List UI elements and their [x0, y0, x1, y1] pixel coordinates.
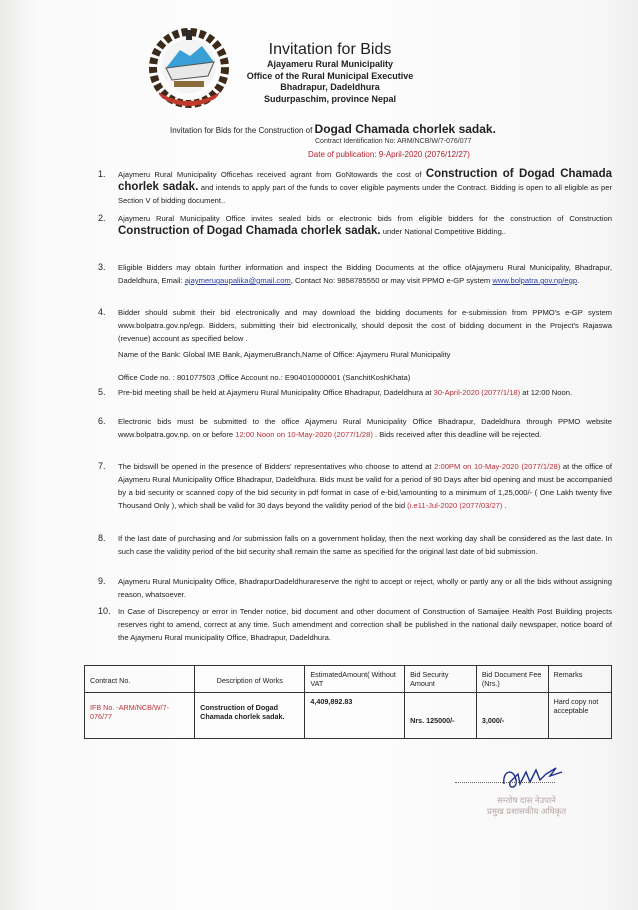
subheader-project: Dogad Chamada chorlek sadak.	[315, 122, 496, 136]
list-item: 5. Pre-bid meeting shall be held at Ajay…	[118, 386, 612, 399]
publication-date: Date of publication: 9-April-2020 (2076/…	[308, 150, 470, 159]
signature-line	[455, 782, 555, 783]
nepal-emblem-icon	[148, 26, 230, 112]
subheader-prefix: Invitation for Bids for the Construction…	[170, 126, 312, 135]
invitation-subheader: Invitation for Bids for the Construction…	[170, 122, 570, 136]
contract-id: Contract Identification No: ARM/NCB/W/7-…	[315, 138, 471, 145]
list-item: 7. The bidswill be opened in the presenc…	[118, 460, 612, 512]
list-item: 8. If the last date of purchasing and /o…	[118, 532, 612, 558]
egp-link[interactable]: www.bolpatra.gov.np/egp	[492, 276, 577, 285]
list-item: 3. Eligible Bidders may obtain further i…	[118, 261, 612, 287]
list-item: 10. In Case of Discrepency or error in T…	[118, 605, 612, 644]
table-row: IFB No. -ARM/NCB/W/7-076/77 Construction…	[85, 693, 612, 739]
header-province: Sudurpaschim, province Nepal	[230, 94, 430, 106]
official-stamp: सन्तोष दास नेउपाने प्रमुख प्रशासकीय अधिक…	[487, 795, 566, 817]
document-header: Invitation for Bids Ajayameru Rural Muni…	[230, 40, 430, 105]
header-address: Bhadrapur, Dadeldhura	[230, 82, 430, 94]
list-item: 9. Ajaymeru Rural Municipality Office, B…	[118, 575, 612, 601]
signature-icon	[500, 760, 570, 792]
bank-details: Name of the Bank: Global IME Bank, Ajaym…	[118, 350, 450, 359]
header-municipality: Ajayameru Rural Municipality	[230, 59, 430, 71]
header-title: Invitation for Bids	[230, 40, 430, 59]
email-link[interactable]: ajaymerugaupalika@gmail.com	[185, 276, 291, 285]
office-code: Office Code no. : 801077503 ,Office Acco…	[118, 373, 410, 382]
header-office: Office of the Rural Municipal Executive	[230, 71, 430, 83]
document-page: Invitation for Bids Ajayameru Rural Muni…	[0, 0, 638, 910]
table-header-row: Contract No. Description of Works Estima…	[85, 666, 612, 693]
list-item: 4. Bidder should submit their bid electr…	[118, 306, 612, 345]
list-item: 2. Ajaymeru Rural Municipality Office in…	[118, 212, 612, 238]
list-item: 1. Ajaymeru Rural Municipality Officehas…	[118, 168, 612, 207]
list-item: 6. Electronic bids must be submitted to …	[118, 415, 612, 441]
bids-table: Contract No. Description of Works Estima…	[84, 665, 612, 739]
